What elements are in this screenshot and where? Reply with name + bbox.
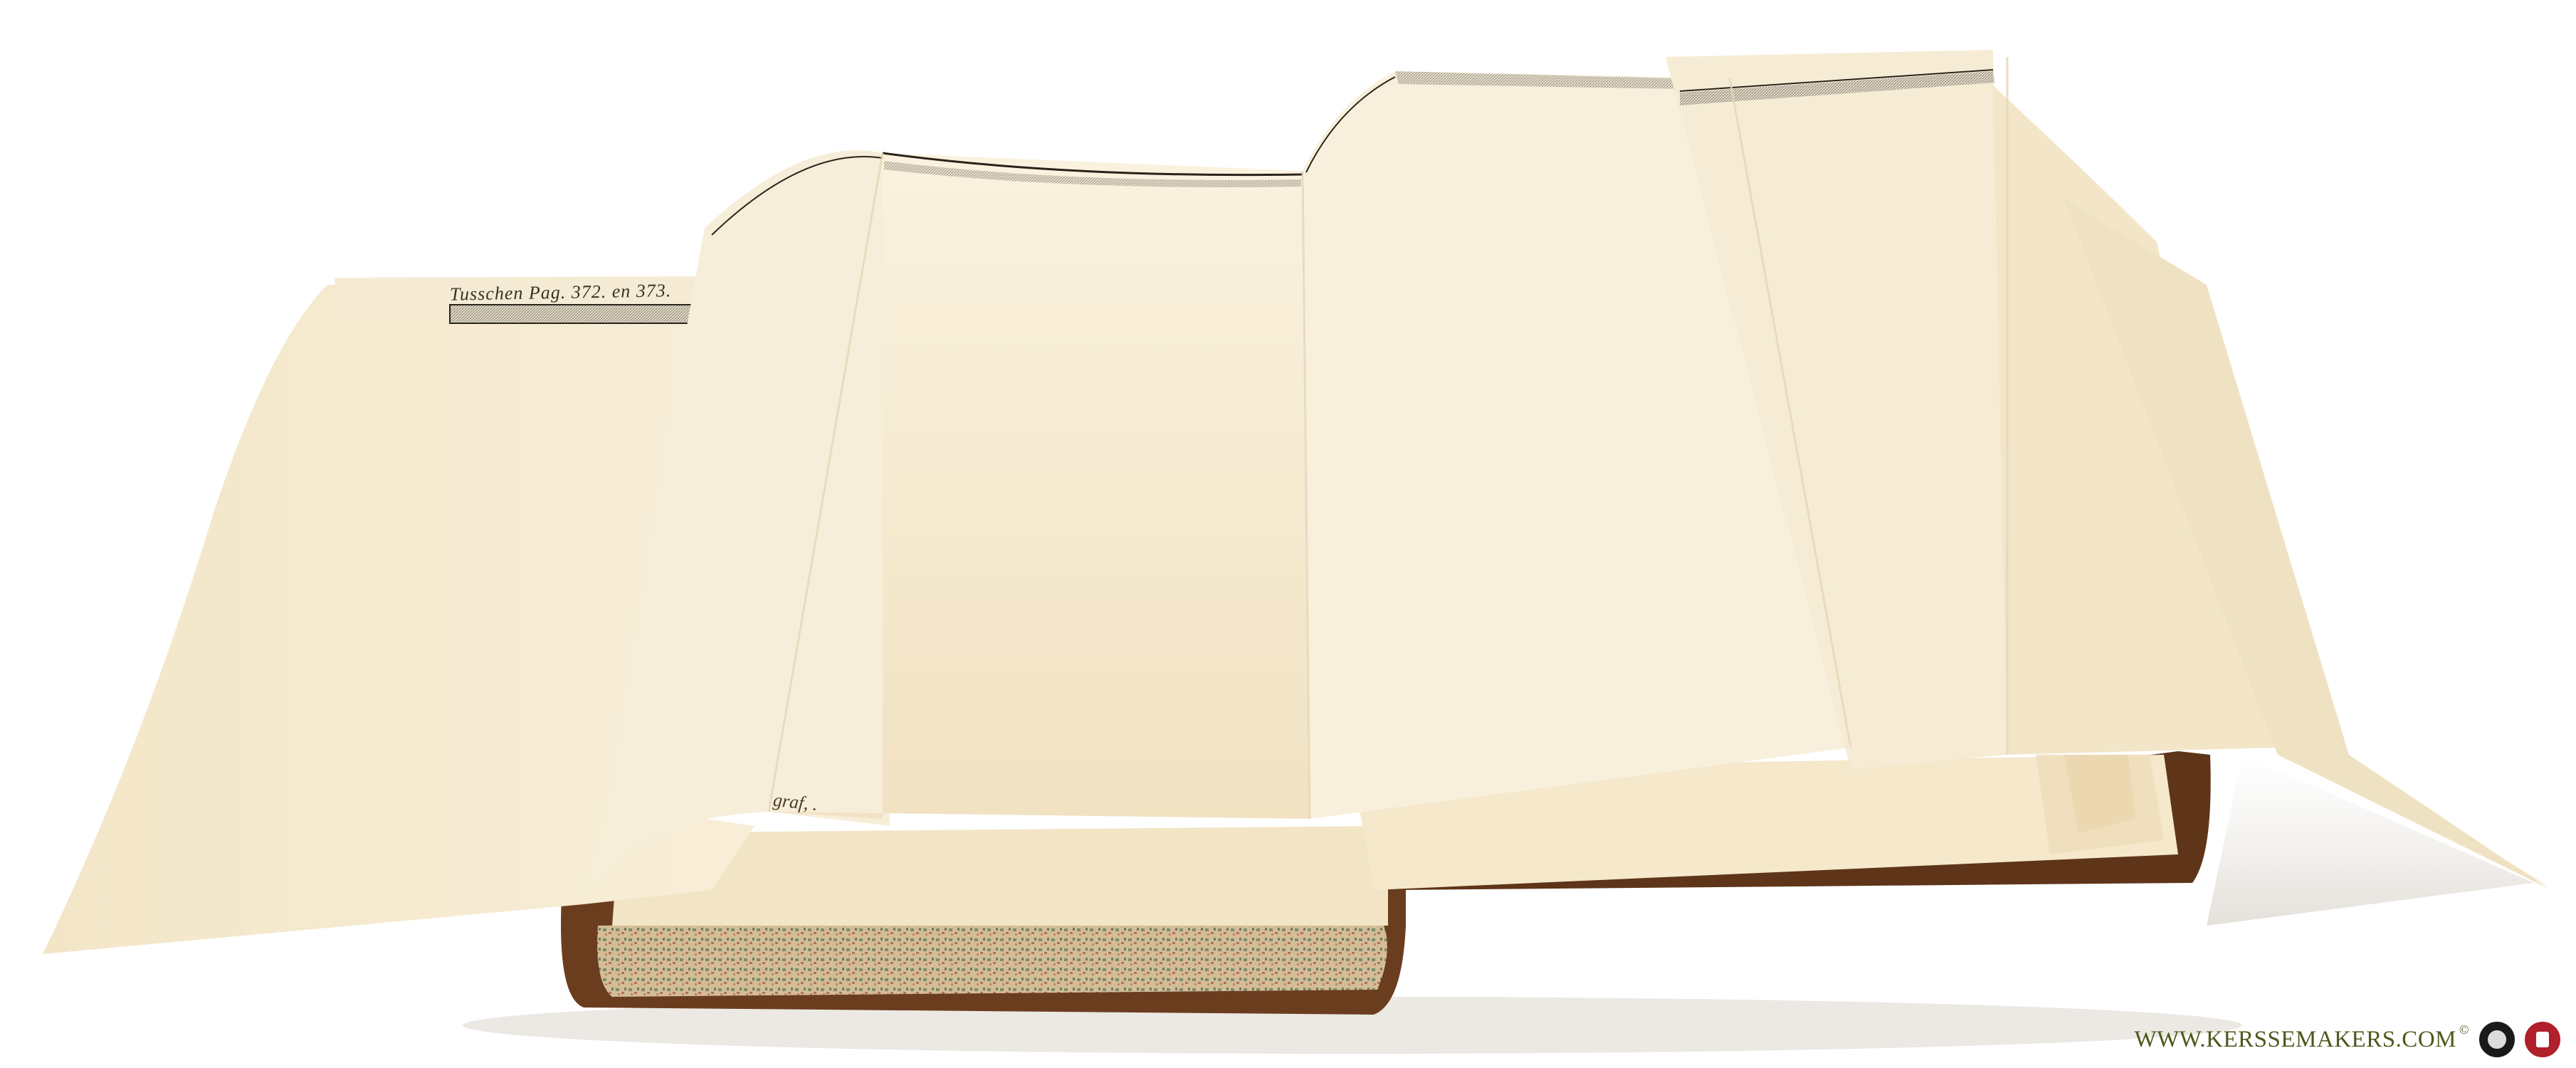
fore-edge	[597, 918, 1387, 997]
watermark-link[interactable]: WWW.KERSSEMAKERS.COM ©	[2135, 1027, 2470, 1053]
ilab-logo-icon	[2525, 1022, 2560, 1057]
photo-scene: Tusschen Pag. 372. en 373. graf, . WWW.K…	[0, 0, 2576, 1068]
page-text-fragment: graf, .	[772, 790, 819, 815]
book-photo	[0, 0, 2576, 1068]
copyright-icon: ©	[2459, 1022, 2469, 1037]
watermark-text: WWW.KERSSEMAKERS.COM	[2135, 1027, 2457, 1052]
engraved-border-left	[450, 305, 692, 323]
plate-caption: Tusschen Pag. 372. en 373.	[450, 280, 672, 305]
nva-logo-icon	[2479, 1022, 2515, 1057]
watermark: WWW.KERSSEMAKERS.COM ©	[2120, 1011, 2576, 1068]
